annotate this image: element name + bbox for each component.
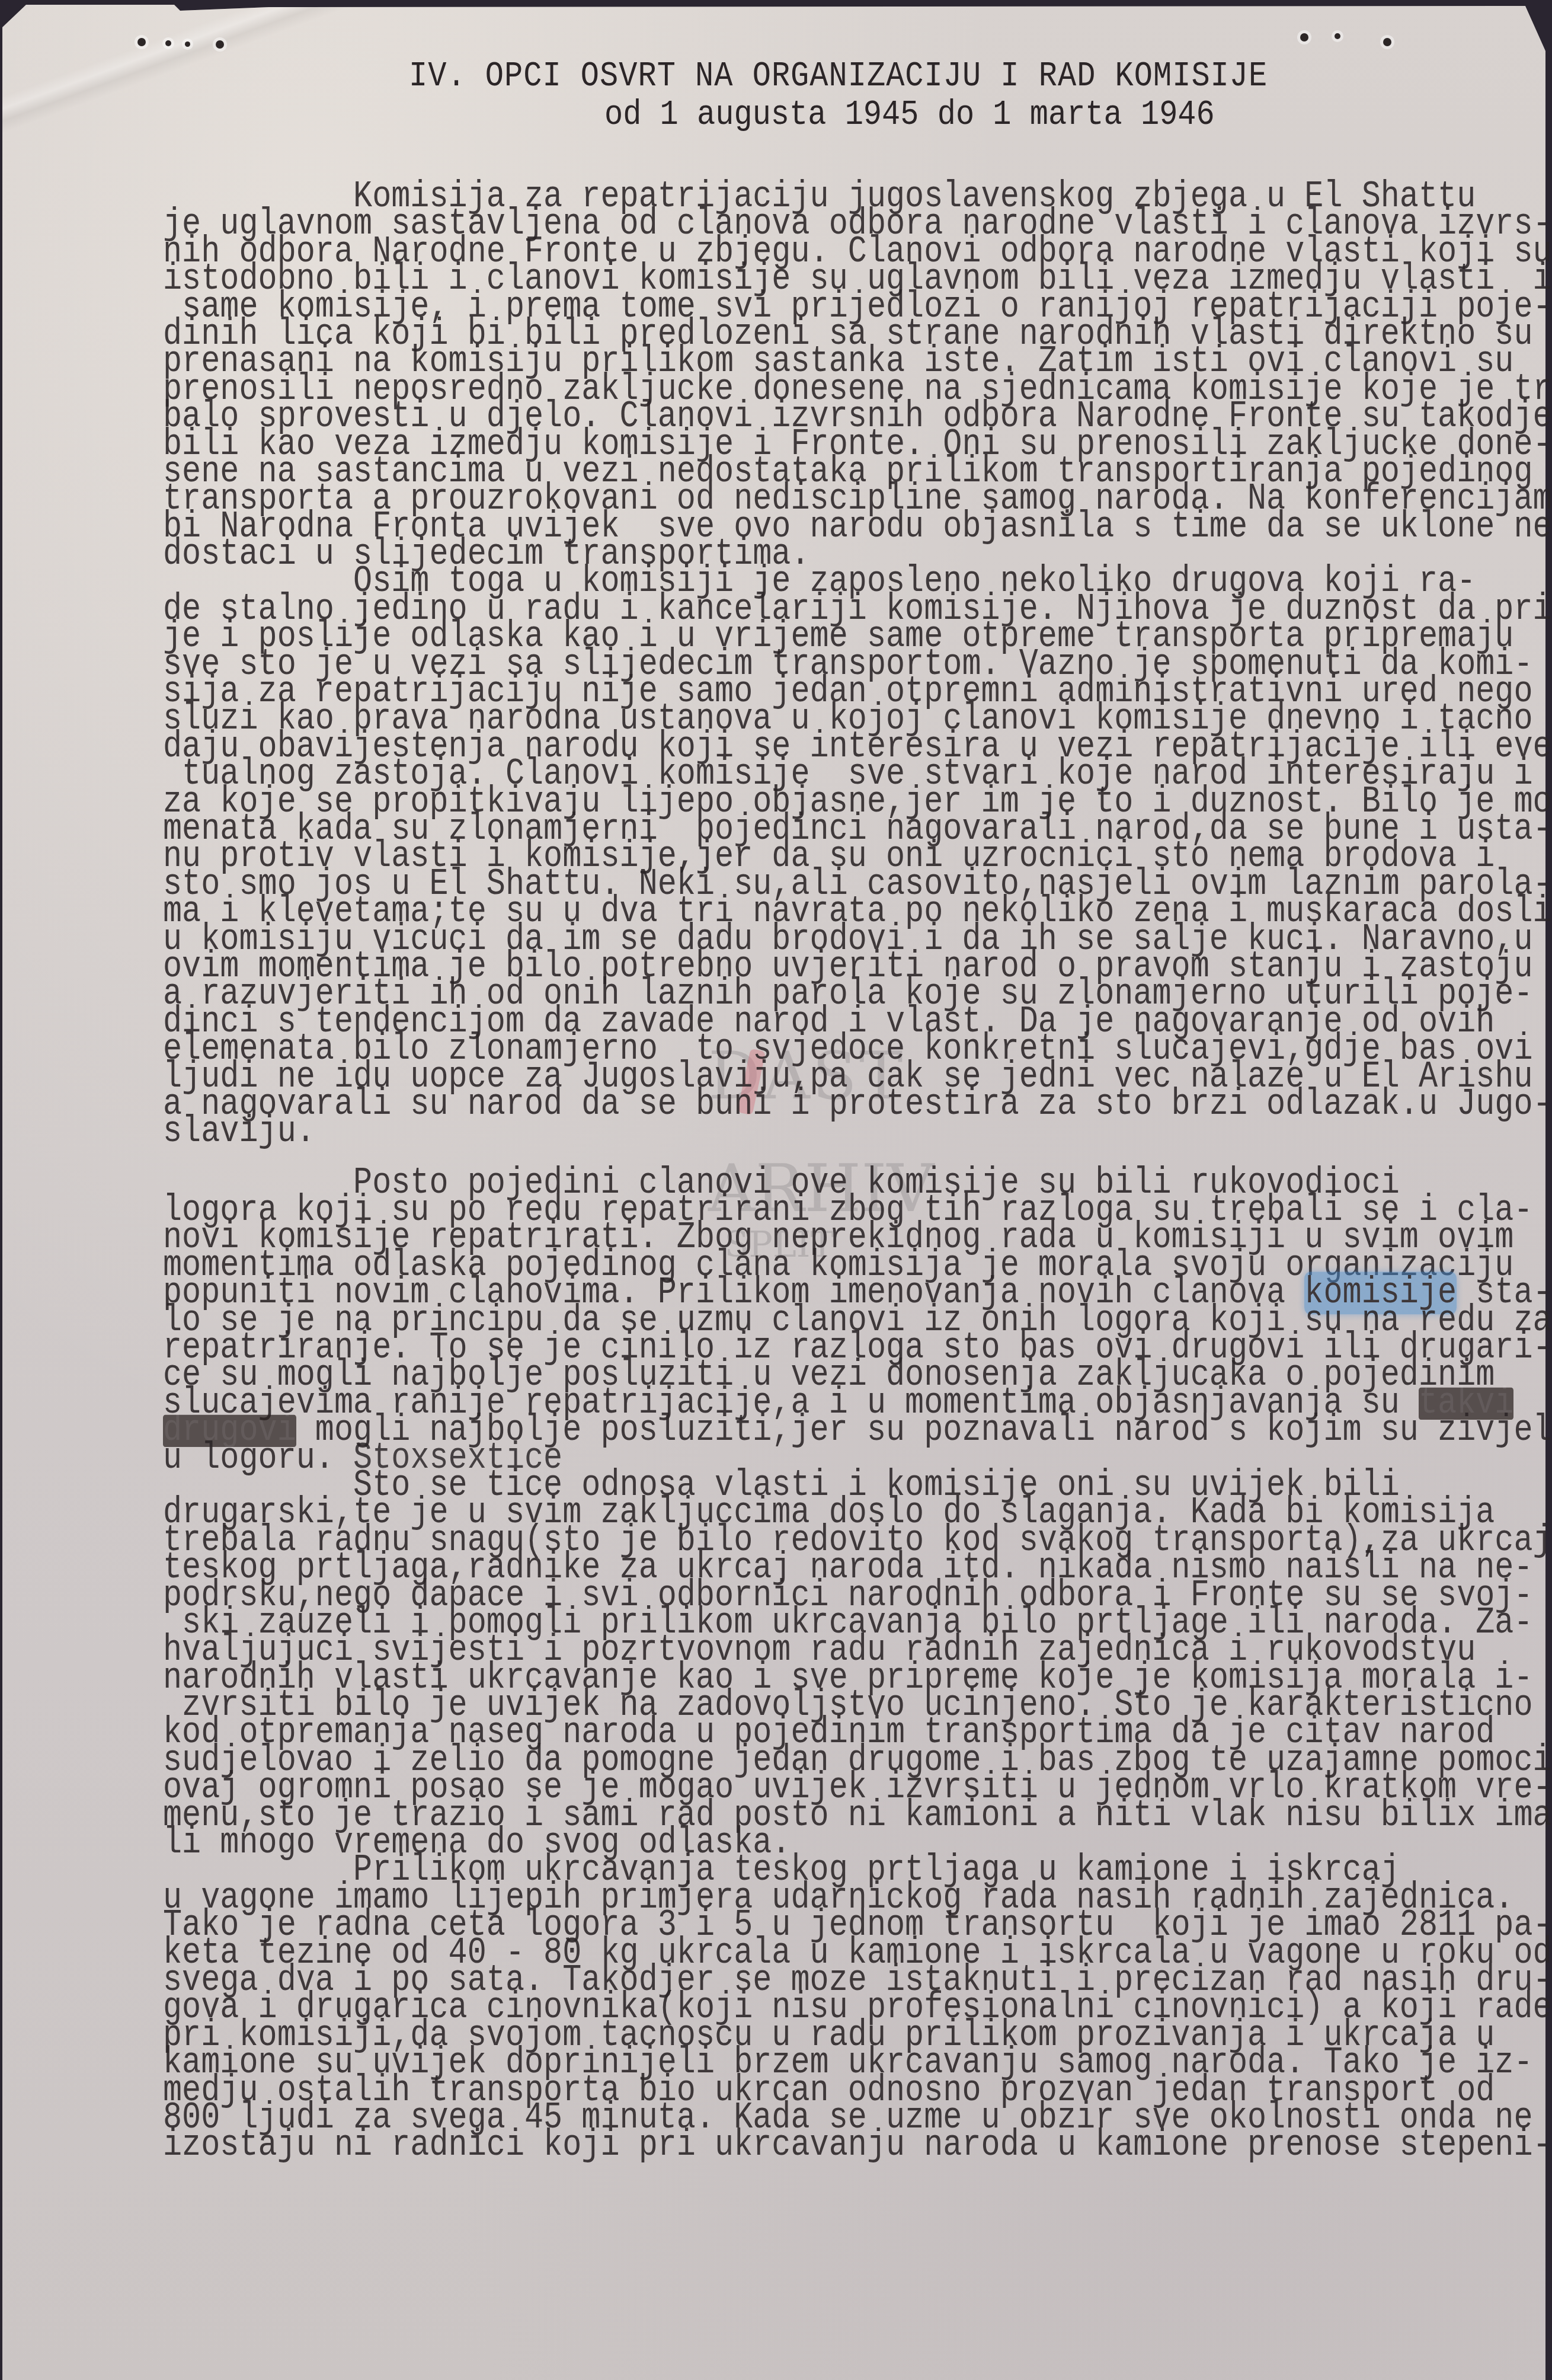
- section-date-range: od 1 augusta 1945 do 1 marta 1946: [604, 95, 1215, 135]
- section-title: IV. OPCI OSVRT NA ORGANIZACIJU I RAD KOM…: [409, 56, 1268, 97]
- paragraph: Osim toga u komisiji je zaposleno nekoli…: [163, 568, 1526, 1146]
- paragraph: Komisija za repatrijaciju jugoslavenskog…: [163, 184, 1526, 568]
- paragraph: Sto se tice odnosa vlasti i komisije oni…: [163, 1472, 1526, 1857]
- paragraph: Prilikom ukrcavanja teskog prtljaga u ka…: [163, 1857, 1526, 2159]
- paragraph: Posto pojedini clanovi ove komisije su b…: [163, 1170, 1526, 1472]
- document-body: Komisija za repatrijaciju jugoslavenskog…: [163, 184, 1526, 2160]
- typewritten-document: IV. OPCI OSVRT NA ORGANIZACIJU I RAD KOM…: [0, 0, 1552, 2380]
- text-line: slaviju.: [163, 1116, 1526, 1149]
- text-line: izostaju ni radnici koji pri ukrcavanju …: [163, 2130, 1526, 2162]
